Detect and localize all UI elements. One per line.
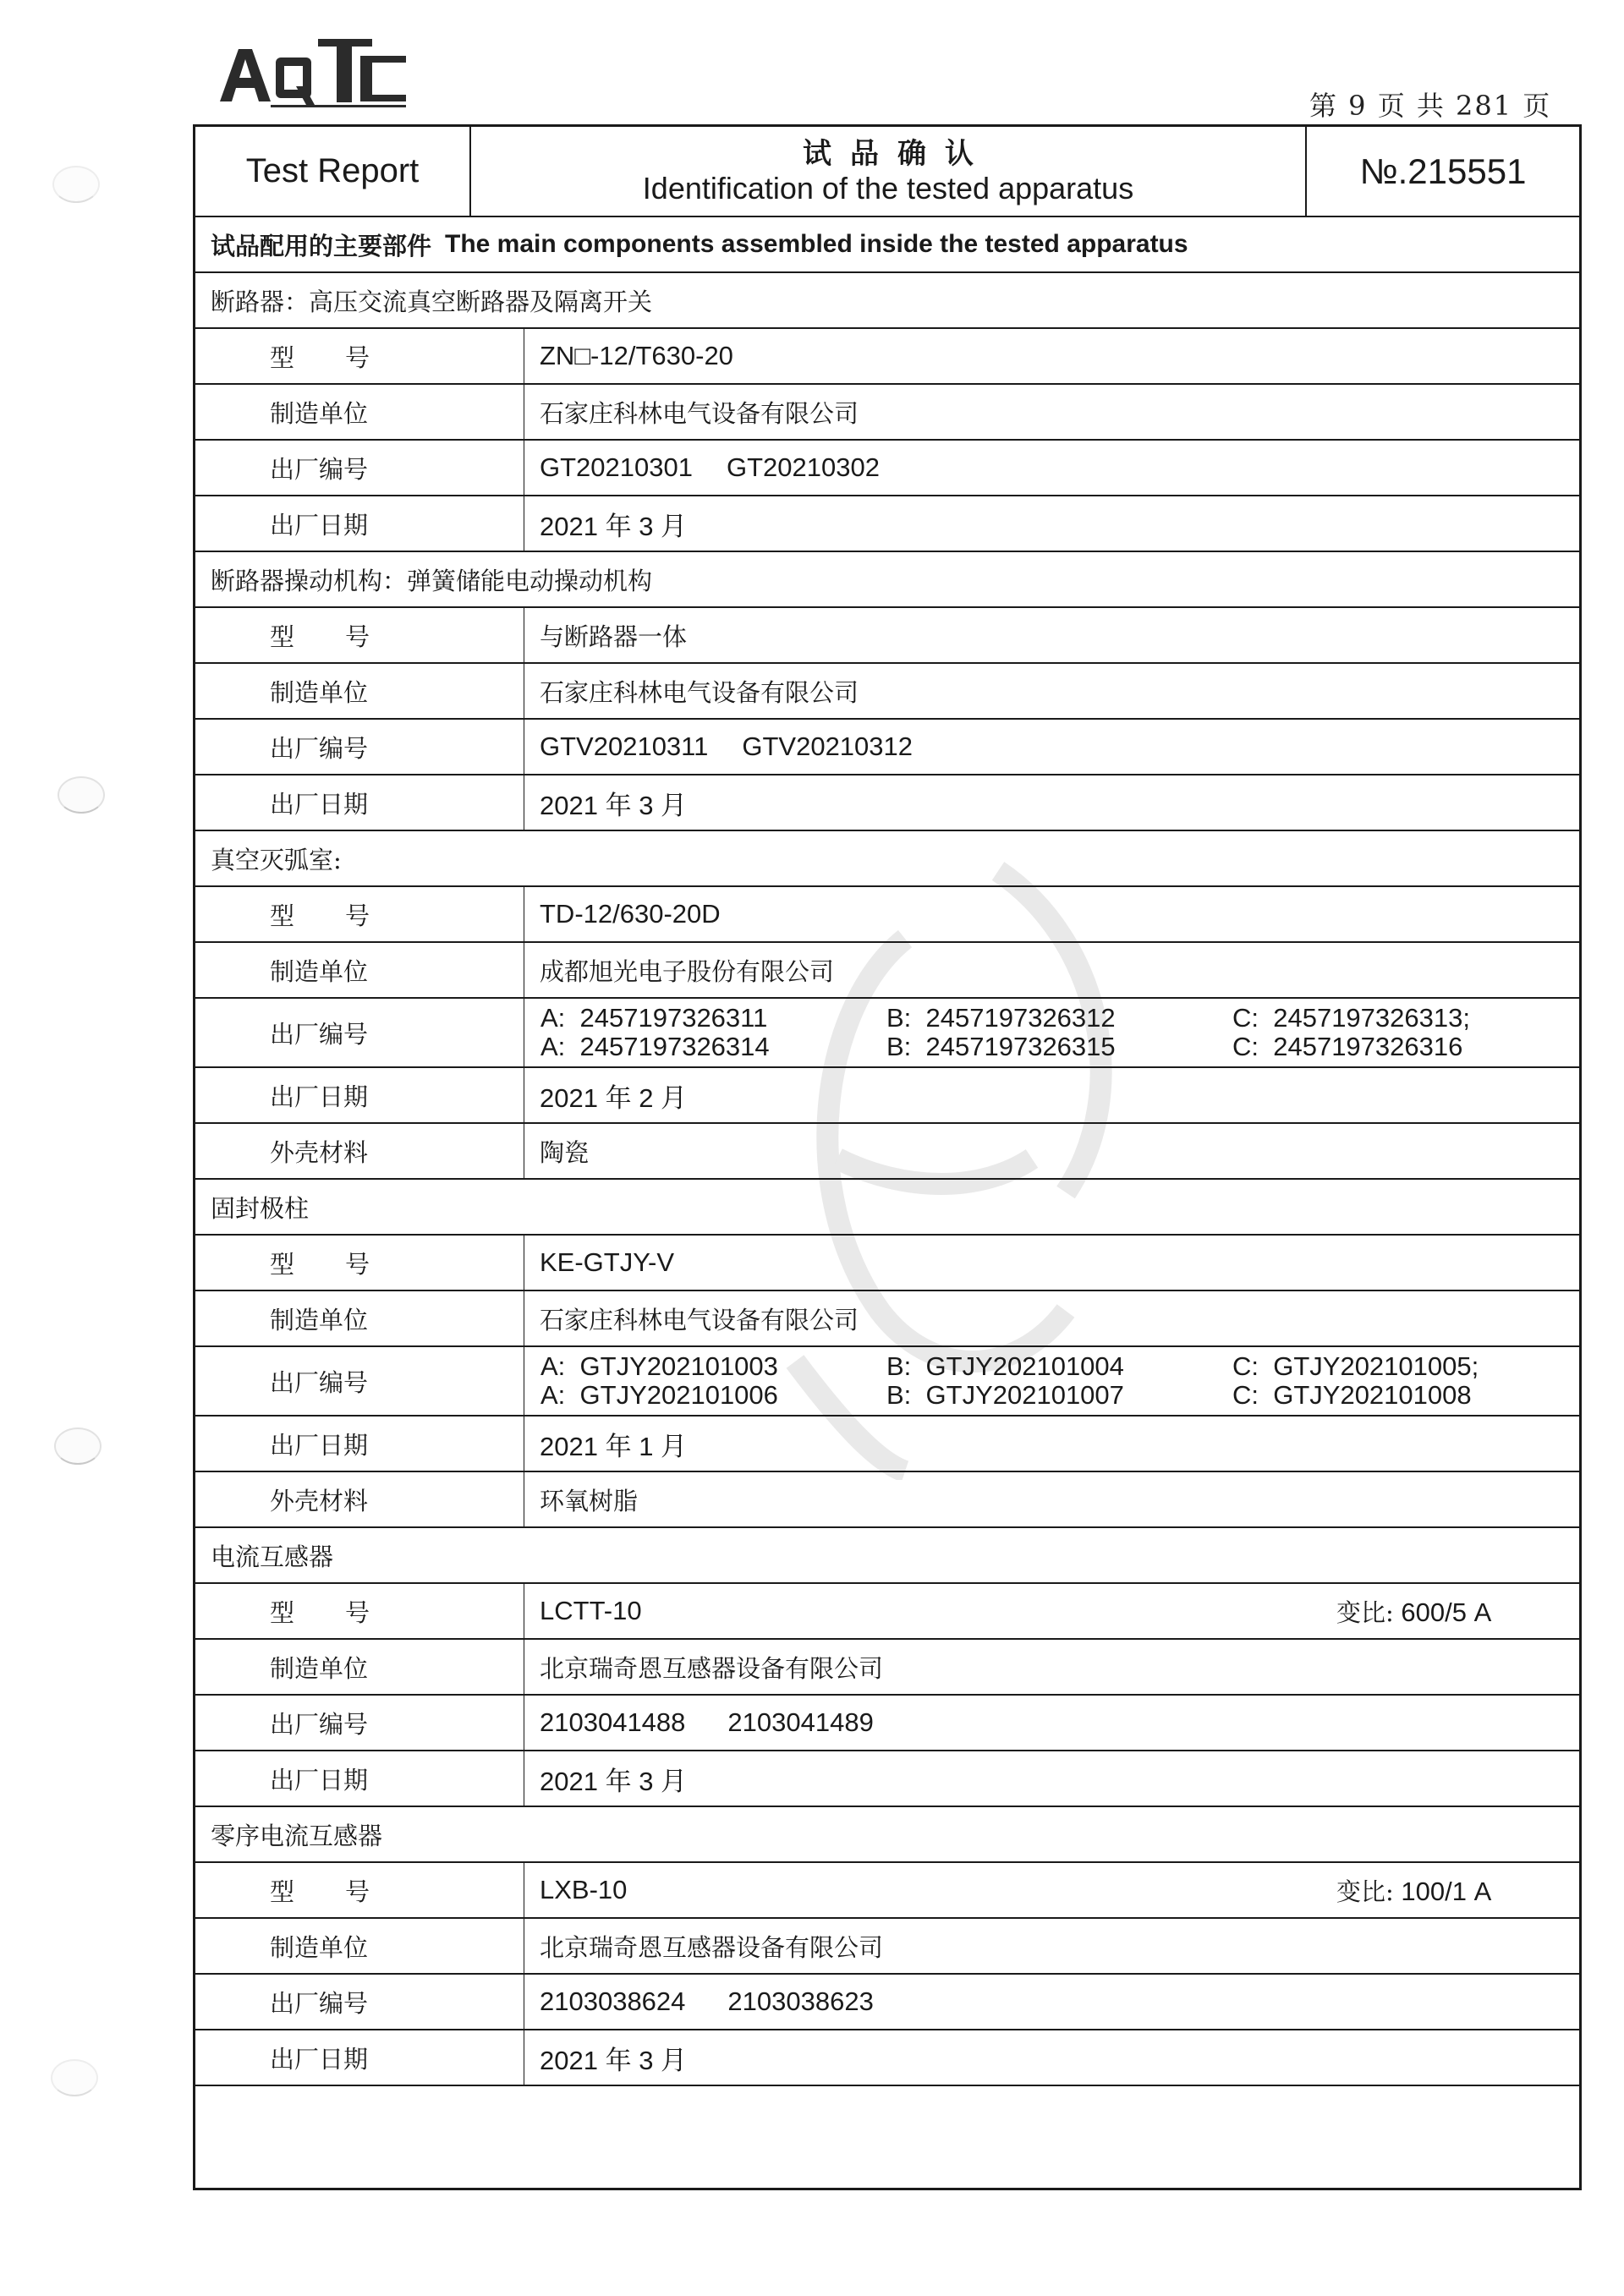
value-model: 与断路器一体 [540,618,687,653]
serial-phase-b: B: 2457197326312 [886,1004,1232,1033]
value-serial: 2103038624 [540,1986,685,2017]
table-row: 制造单位 石家庄科林电气设备有限公司 [195,1291,1579,1347]
label-serial: 出厂编号 [195,720,524,774]
label-serial: 出厂编号 [195,1347,524,1415]
section-breaker: 断路器：高压交流真空断路器及隔离开关 [195,273,1579,329]
report-header: Test Report 试品确认 Identification of the t… [195,127,1579,217]
aqtc-logo [218,34,430,112]
label-model: 型号 [195,329,524,383]
table-row: 出厂编号 2103041488 2103041489 [195,1696,1579,1751]
serial-grid: A: GTJY202101003 B: GTJY202101004 C: GTJ… [524,1347,1579,1415]
serial-phase-c: C: GTJY202101005; [1232,1352,1578,1381]
serial-phase-b: B: GTJY202101004 [886,1352,1232,1381]
serial-phase-a: A: GTJY202101006 [540,1381,886,1410]
table-row: 出厂编号 A: 2457197326311 B: 2457197326312 C… [195,999,1579,1068]
title-en: Identification of the tested apparatus [643,171,1133,206]
report-title: 试品确认 Identification of the tested appara… [471,127,1307,216]
label-manufacturer: 制造单位 [195,1640,524,1694]
report-type: Test Report [195,127,471,216]
label-model: 型号 [195,1584,524,1638]
table-row: 出厂日期 2021 年 3 月 [195,496,1579,552]
value-date: 2021 年 3 月 [524,1751,1579,1806]
report-number: №.215551 [1307,127,1579,216]
binder-hole [58,776,105,814]
value-serial: GT20210302 [727,452,880,483]
table-row: 型号 ZN□-12/T630-20 [195,329,1579,385]
serial-phase-c: C: GTJY202101008 [1232,1381,1578,1410]
serial-phase-b: B: 2457197326315 [886,1033,1232,1061]
serial-phase-a: A: 2457197326314 [540,1033,886,1061]
value-ratio: 100/1 A [1401,1877,1491,1906]
value-ratio: 600/5 A [1401,1597,1491,1627]
table-row: 制造单位 石家庄科林电气设备有限公司 [195,385,1579,441]
value-manufacturer: 北京瑞奇恩互感器设备有限公司 [540,1650,883,1685]
table-row: 制造单位 石家庄科林电气设备有限公司 [195,664,1579,720]
label-ratio: 变比: [1336,1598,1394,1627]
label-date: 出厂日期 [195,2030,524,2085]
table-title-en: The main components assembled inside the… [445,230,1188,259]
value-serial: GTV20210312 [742,732,913,762]
section-ct: 电流互感器 [195,1528,1579,1584]
table-row: 出厂编号 2103038624 2103038623 [195,1975,1579,2030]
section-heading: 真空灭弧室: [195,831,1579,885]
label-ratio: 变比: [1336,1877,1394,1906]
empty-row [195,2086,1579,2188]
label-date: 出厂日期 [195,1751,524,1806]
table-row: 制造单位 北京瑞奇恩互感器设备有限公司 [195,1919,1579,1975]
label-date: 出厂日期 [195,1068,524,1122]
section-zero-sequence-ct: 零序电流互感器 [195,1807,1579,1863]
table-title-cn: 试品配用的主要部件 [211,227,431,262]
serial-phase-c: C: 2457197326313; [1232,1004,1578,1033]
label-date: 出厂日期 [195,496,524,551]
value-manufacturer: 石家庄科林电气设备有限公司 [540,1301,859,1336]
label-date: 出厂日期 [195,1417,524,1471]
section-heading: 零序电流互感器 [195,1807,1579,1861]
serial-phase-a: A: 2457197326311 [540,1004,886,1033]
table-row: 型号 KE-GTJY-V [195,1236,1579,1291]
serial-phase-c: C: 2457197326316 [1232,1033,1578,1061]
table-row: 出厂日期 2021 年 3 月 [195,1751,1579,1807]
value-serial: 2103041488 [540,1707,685,1738]
title-cn: 试品确认 [784,137,992,171]
binder-hole [54,1427,101,1465]
label-serial: 出厂编号 [195,1696,524,1750]
label-manufacturer: 制造单位 [195,1291,524,1345]
value-serial: 2103041489 [727,1707,873,1738]
value-serial: GT20210301 [540,452,693,483]
value-manufacturer: 北京瑞奇恩互感器设备有限公司 [540,1929,883,1964]
section-heading: 固封极柱 [195,1180,1579,1234]
table-row: 出厂日期 2021 年 1 月 [195,1417,1579,1472]
label-serial: 出厂编号 [195,1975,524,2029]
label-manufacturer: 制造单位 [195,664,524,718]
table-row: 型号 与断路器一体 [195,608,1579,664]
value-manufacturer: 石家庄科林电气设备有限公司 [540,395,859,430]
value-date: 2021 年 3 月 [524,775,1579,830]
binder-hole [51,2059,98,2096]
table-row: 制造单位 成都旭光电子股份有限公司 [195,943,1579,999]
value-manufacturer: 成都旭光电子股份有限公司 [540,953,834,988]
value-model: KE-GTJY-V [524,1236,1579,1290]
page-number: 第 9 页 共 281 页 [1309,85,1551,123]
serial-phase-b: B: GTJY202101007 [886,1381,1232,1410]
label-manufacturer: 制造单位 [195,385,524,439]
section-mechanism: 断路器操动机构：弹簧储能电动操动机构 [195,552,1579,608]
value-model: LXB-10 [540,1875,627,1905]
value-serial: GTV20210311 [540,732,708,762]
table-row: 外壳材料 陶瓷 [195,1124,1579,1180]
value-date: 2021 年 2 月 [524,1068,1579,1122]
identification-table: Test Report 试品确认 Identification of the t… [193,124,1582,2190]
label-housing: 外壳材料 [195,1472,524,1526]
binder-hole [52,166,100,203]
value-model: LCTT-10 [540,1596,642,1626]
table-row: 出厂编号 GTV20210311 GTV20210312 [195,720,1579,775]
serial-phase-a: A: GTJY202101003 [540,1352,886,1381]
table-row: 型号 LXB-10 变比: 100/1 A [195,1863,1579,1919]
label-serial: 出厂编号 [195,441,524,495]
table-title-row: 试品配用的主要部件 The main components assembled … [195,217,1579,273]
section-heading: 断路器操动机构：弹簧储能电动操动机构 [195,552,1579,606]
table-row: 型号 TD-12/630-20D [195,887,1579,943]
value-date: 2021 年 3 月 [524,2030,1579,2085]
value-manufacturer: 石家庄科林电气设备有限公司 [540,674,859,709]
value-housing: 环氧树脂 [540,1482,638,1517]
value-date: 2021 年 1 月 [524,1417,1579,1471]
label-serial: 出厂编号 [195,999,524,1066]
section-interrupter: 真空灭弧室: [195,831,1579,887]
table-row: 出厂日期 2021 年 3 月 [195,775,1579,831]
label-model: 型号 [195,887,524,941]
serial-grid: A: 2457197326311 B: 2457197326312 C: 245… [524,999,1579,1066]
label-date: 出厂日期 [195,775,524,830]
value-housing: 陶瓷 [540,1134,589,1169]
label-model: 型号 [195,1236,524,1290]
label-housing: 外壳材料 [195,1124,524,1178]
section-heading: 电流互感器 [195,1528,1579,1582]
value-model: ZN□-12/T630-20 [524,329,1579,383]
value-serial: 2103038623 [727,1986,873,2017]
table-row: 出厂日期 2021 年 2 月 [195,1068,1579,1124]
table-row: 制造单位 北京瑞奇恩互感器设备有限公司 [195,1640,1579,1696]
table-row: 出厂日期 2021 年 3 月 [195,2030,1579,2086]
table-row: 型号 LCTT-10 变比: 600/5 A [195,1584,1579,1640]
value-model: TD-12/630-20D [524,887,1579,941]
label-manufacturer: 制造单位 [195,943,524,997]
section-pole: 固封极柱 [195,1180,1579,1236]
ratio: 变比: 100/1 A [1336,1873,1491,1908]
label-model: 型号 [195,608,524,662]
ratio: 变比: 600/5 A [1336,1594,1491,1629]
label-model: 型号 [195,1863,524,1917]
value-date: 2021 年 3 月 [524,496,1579,551]
table-row: 外壳材料 环氧树脂 [195,1472,1579,1528]
table-row: 出厂编号 A: GTJY202101003 B: GTJY202101004 C… [195,1347,1579,1417]
section-heading: 断路器：高压交流真空断路器及隔离开关 [195,273,1579,327]
table-row: 出厂编号 GT20210301 GT20210302 [195,441,1579,496]
label-manufacturer: 制造单位 [195,1919,524,1973]
